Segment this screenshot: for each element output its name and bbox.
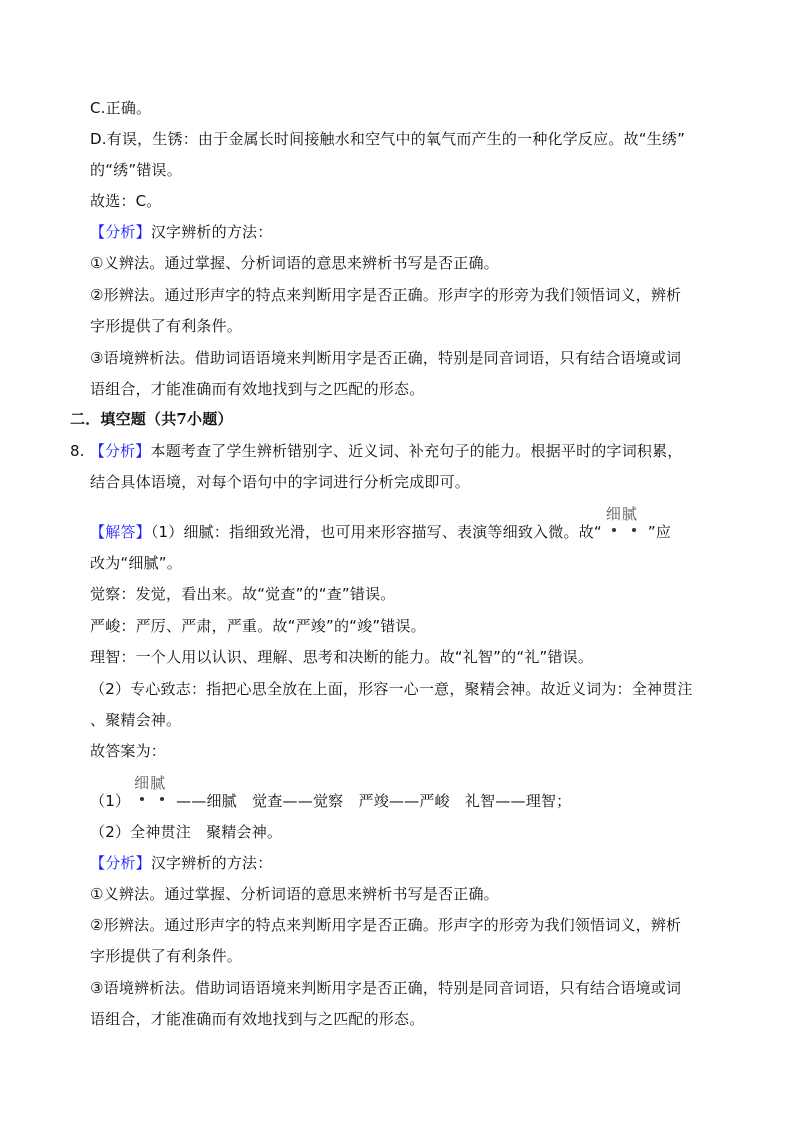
method-3-cont: 语组合，才能准确而有效地找到与之匹配的形态。 [90, 1009, 424, 1029]
section-heading: 二．填空题（共7小题） [70, 409, 233, 429]
option-d-line-cont: 的“绣”错误。 [90, 160, 182, 180]
option-d-line: D.有误，生锈：由于金属长时间接触水和空气中的氧气而产生的一种化学反应。故“生绣… [90, 129, 685, 149]
q8-analysis-line: 8. 【分析】本题考查了学生辨析错别字、近义词、补充句子的能力。根据平时的字词积… [70, 441, 683, 461]
q8-analysis-text: 本题考查了学生辨析错别字、近义词、补充句子的能力。根据平时的字词积累， [151, 442, 683, 460]
emphasis-dot [140, 797, 144, 801]
method-2-cont: 字形提供了有利条件。 [90, 316, 242, 336]
answer-line-5-cont: 、聚精会神。 [90, 710, 181, 730]
analysis-intro-text: 汉字辨析的方法： [151, 854, 273, 872]
summary-1-rest: ——细腻 觉查——觉察 严竣——严峻 礼智——理智； [176, 792, 571, 810]
dotted-word-image: 细腻 [132, 791, 174, 811]
document-page: C.正确。 D.有误，生锈：由于金属长时间接触水和空气中的氧气而产生的一种化学反… [0, 0, 794, 1123]
method-3-cont: 语组合，才能准确而有效地找到与之匹配的形态。 [90, 379, 424, 399]
dotted-word-chars: 细腻 [134, 773, 166, 793]
method-1: ①义辨法。通过掌握、分析词语的意思来辨析书写是否正确。 [90, 884, 499, 904]
question-number: 8. [70, 442, 85, 460]
summary-line-2: （2）全神贯注 聚精会神。 [90, 822, 282, 842]
option-c-line: C.正确。 [90, 98, 151, 118]
analysis-tag: 【分析】 [90, 854, 151, 872]
analysis-tag: 【分析】 [90, 442, 151, 460]
answer-line-5: （2）专心致志：指把心思全放在上面，形容一心一意，聚精会神。故近义词为：全神贯注 [90, 679, 693, 699]
answer-1-end: ”应 [648, 523, 671, 541]
method-1: ①义辨法。通过掌握、分析词语的意思来辨析书写是否正确。 [90, 253, 499, 273]
method-3: ③语境辨析法。借助词语语境来判断用字是否正确，特别是同音词语，只有结合语境或词 [90, 348, 681, 368]
dotted-word-chars: 细腻 [606, 504, 638, 524]
answer-line-1: 【解答】（1）细腻：指细致光滑，也可用来形容描写、表演等细致入微。故“细腻”应 [90, 522, 671, 542]
analysis-intro: 【分析】汉字辨析的方法： [90, 222, 272, 242]
answer-line-4: 理智：一个人用以认识、理解、思考和决断的能力。故“礼智”的“礼”错误。 [90, 647, 593, 667]
analysis-tag: 【分析】 [90, 223, 151, 241]
method-3: ③语境辨析法。借助词语语境来判断用字是否正确，特别是同音词语，只有结合语境或词 [90, 978, 681, 998]
emphasis-dot [612, 528, 616, 532]
answer-line-2: 觉察：发觉，看出来。故“觉查”的“查”错误。 [90, 584, 396, 604]
analysis-intro-text: 汉字辨析的方法： [151, 223, 273, 241]
choice-line: 故选：C。 [90, 191, 161, 211]
q8-analysis-cont: 结合具体语境，对每个语句中的字词进行分析完成即可。 [90, 472, 470, 492]
method-2: ②形辨法。通过形声字的特点来判断用字是否正确。形声字的形旁为我们领悟词义，辨析 [90, 915, 681, 935]
emphasis-dot [632, 528, 636, 532]
emphasis-dot [160, 797, 164, 801]
answer-1-text: （1）细腻：指细致光滑，也可用来形容描写、表演等细致入微。故“ [151, 523, 602, 541]
answer-line-1-cont: 改为“细腻”。 [90, 553, 182, 573]
answer-line-3: 严峻：严厉、严肃，严重。故“严竣”的“竣”错误。 [90, 616, 426, 636]
analysis-intro: 【分析】汉字辨析的方法： [90, 853, 272, 873]
summary-label: 故答案为： [90, 741, 166, 761]
method-2: ②形辨法。通过形声字的特点来判断用字是否正确。形声字的形旁为我们领悟词义，辨析 [90, 285, 681, 305]
dotted-word-image: 细腻 [604, 522, 646, 542]
answer-tag: 【解答】 [90, 523, 151, 541]
summary-1-prefix: （1） [90, 792, 130, 810]
summary-line-1: （1）细腻——细腻 觉查——觉察 严竣——严峻 礼智——理智； [90, 791, 571, 811]
method-2-cont: 字形提供了有利条件。 [90, 946, 242, 966]
